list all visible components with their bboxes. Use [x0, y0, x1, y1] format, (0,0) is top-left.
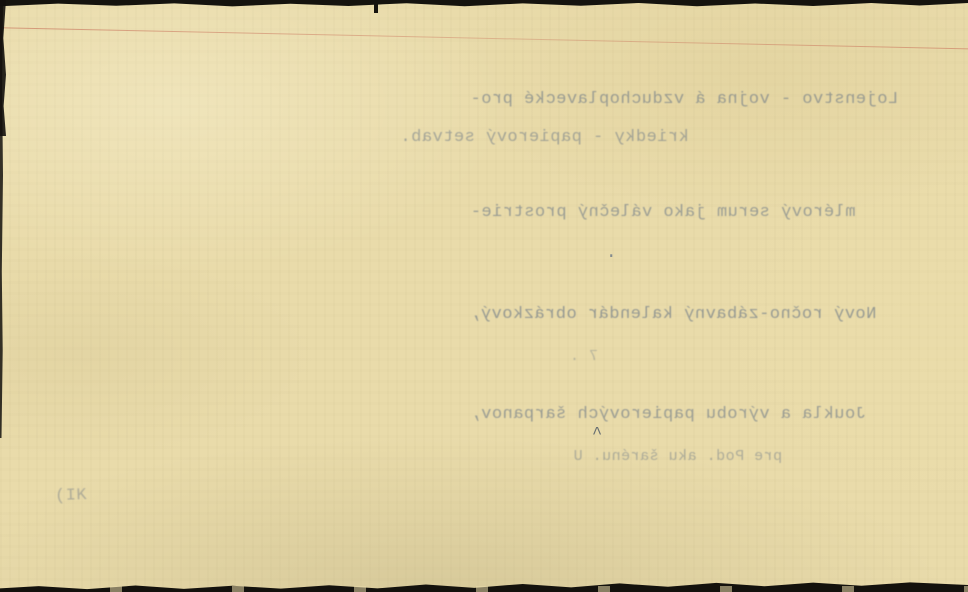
bleedthrough-faint-line: 7 .: [570, 348, 599, 365]
corner-pencil-mark: (IK: [55, 486, 88, 506]
bleedthrough-line: kriedky - papierový setvab.: [400, 128, 689, 147]
scan-edge-bottom-gaps: [0, 586, 968, 592]
red-guide-line: [0, 27, 968, 50]
bleedthrough-line: mlérový serum jako válečný prostrie-: [470, 203, 855, 222]
scan-edge-left-blob: [0, 0, 6, 136]
bleedthrough-line: Nový ročno-zábavný kalendár obrázkový,: [470, 305, 877, 324]
bleedthrough-line: Lojenstvo - vojna á vzduchoplavecké pro-: [470, 90, 898, 109]
scan-edge-top: [0, 0, 968, 10]
bleedthrough-period-mark: .: [605, 243, 616, 263]
ink-caret-mark: ^: [592, 425, 603, 444]
scanned-card: Lojenstvo - vojna á vzduchoplavecké pro-…: [0, 0, 968, 592]
scan-edge-top-tick: [374, 0, 378, 13]
bleedthrough-line: Joukla a výrobu papierových šarpanov,: [470, 405, 866, 424]
bleedthrough-faint-line: pre Pod. aku šarénu. U: [573, 448, 782, 465]
